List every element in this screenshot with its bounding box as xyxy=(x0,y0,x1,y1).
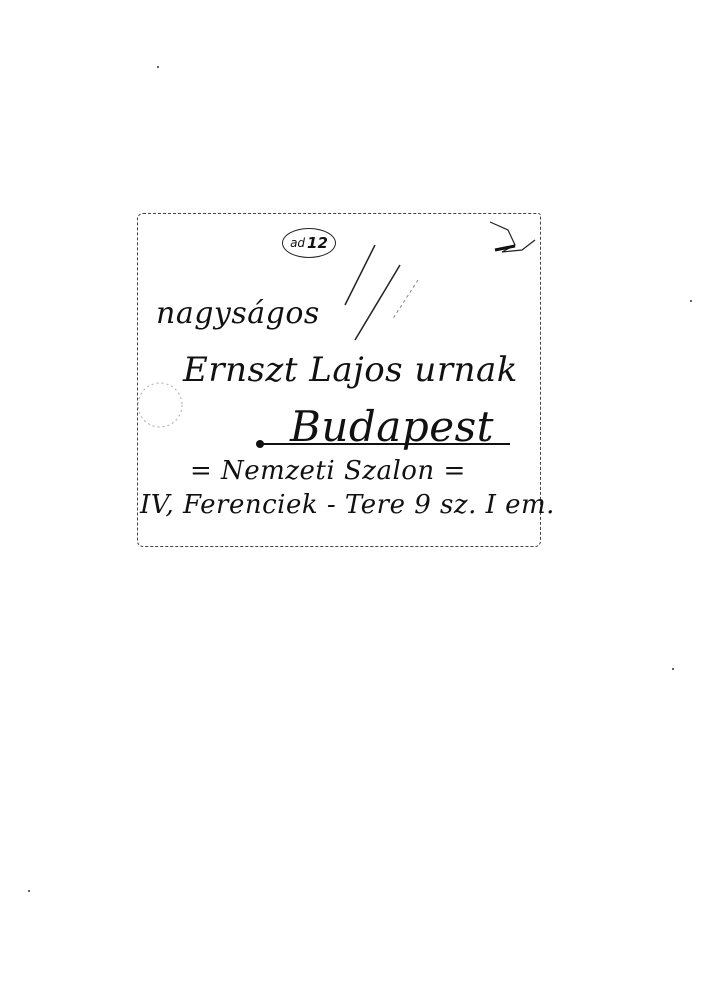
archive-number-stamp: ad 12 xyxy=(282,228,336,258)
address-street: IV, Ferenciek - Tere 9 sz. I em. xyxy=(140,490,555,520)
city-underline xyxy=(258,443,510,445)
scan-speck xyxy=(690,300,692,302)
scan-speck xyxy=(672,668,674,670)
address-institution: = Nemzeti Szalon = xyxy=(190,456,466,486)
address-recipient: Ernszt Lajos urnak xyxy=(183,350,518,390)
archive-number: 12 xyxy=(307,234,328,252)
scan-speck xyxy=(28,890,30,892)
archive-prefix: ad xyxy=(290,236,305,250)
address-salutation: nagyságos xyxy=(156,296,320,331)
scan-speck xyxy=(157,66,159,68)
scanned-page: ad 12 nagyságos Ernszt Lajos urnak Budap… xyxy=(0,0,702,1000)
